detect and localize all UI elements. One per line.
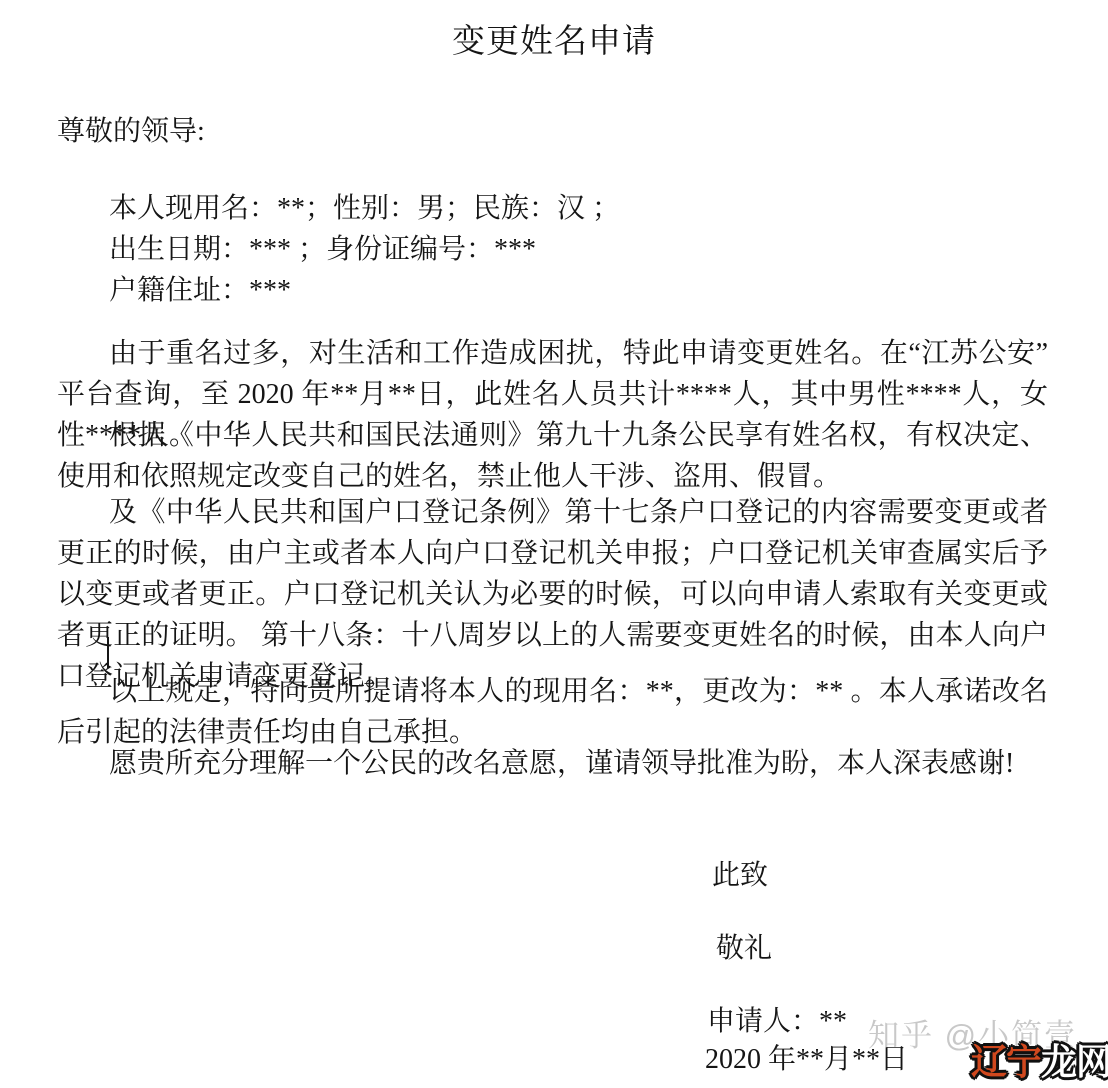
- paragraph-request: 以上规定，特向贵所提请将本人的现用名：**，更改为：** 。本人承诺改名后引起的…: [57, 671, 1048, 753]
- document-title: 变更姓名申请: [0, 22, 1108, 63]
- info-line-address: 户籍住址：***: [57, 270, 620, 311]
- salutation: 尊敬的领导:: [57, 111, 205, 152]
- closing-jingli: 敬礼: [716, 928, 772, 969]
- logo-text-liaoning: 辽宁: [971, 1041, 1041, 1082]
- paragraph-household-regulation: 及《中华人民共和国户口登记条例》第十七条户口登记的内容需要变更或者更正的时候，由…: [57, 492, 1048, 697]
- signature-applicant: 申请人：**: [707, 1001, 847, 1042]
- document-page: 变更姓名申请 尊敬的领导: 本人现用名：**；性别：男；民族：汉 ； 出生日期：…: [0, 0, 1108, 1088]
- logo-text-longwang: 龙网: [1041, 1041, 1108, 1082]
- text-cursor: [107, 637, 109, 668]
- paragraph-civil-law: 根据《中华人民共和国民法通则》第九十九条公民享有姓名权，有权决定、使用和依照规定…: [57, 415, 1048, 497]
- applicant-info-block: 本人现用名：**；性别：男；民族：汉 ； 出生日期：*** ；身份证编号：***…: [57, 188, 620, 311]
- paragraph-thanks: 愿贵所充分理解一个公民的改名意愿，谨请领导批准为盼，本人深表感谢!: [57, 743, 1048, 784]
- closing-cizhi: 此致: [712, 855, 768, 896]
- info-line-name-gender-ethnicity: 本人现用名：**；性别：男；民族：汉 ；: [57, 188, 620, 229]
- info-line-birthdate-id: 出生日期：*** ；身份证编号：***: [57, 229, 620, 270]
- liaoning-longwang-logo: 辽宁龙网: [971, 1042, 1108, 1082]
